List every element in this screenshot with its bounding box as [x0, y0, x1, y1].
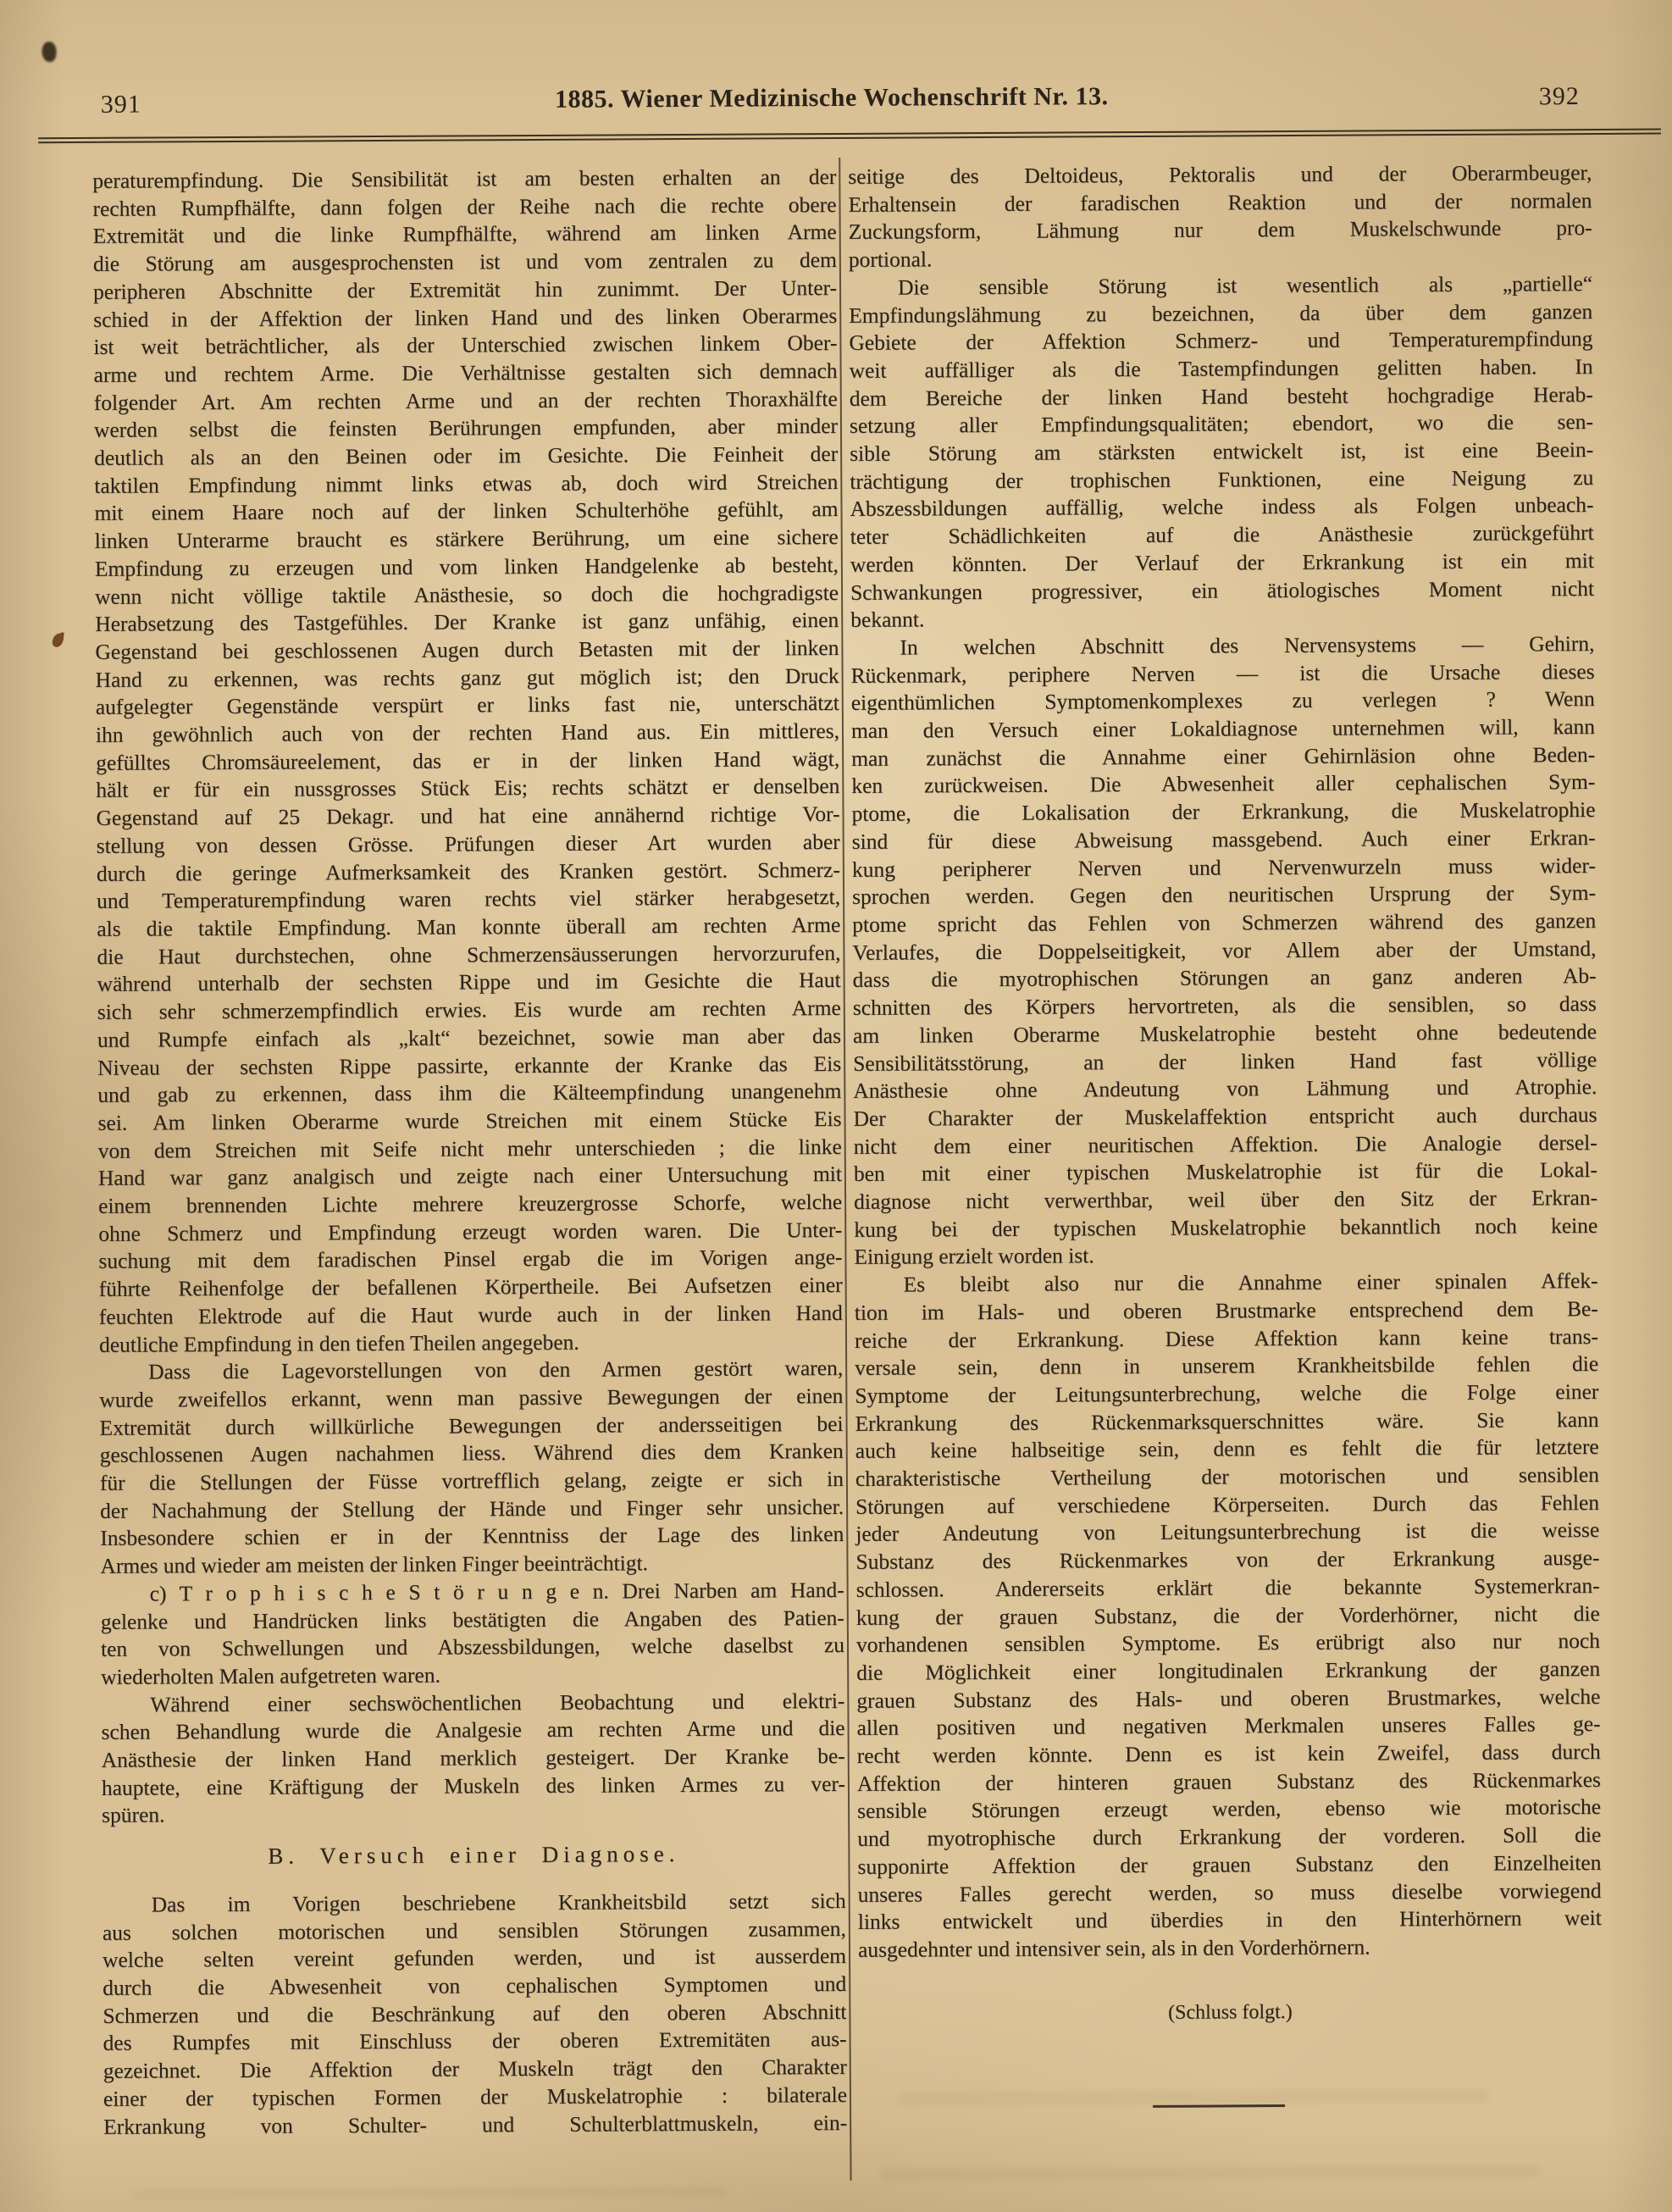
- text-line: für die Stellungen der Füsse vortrefflic…: [100, 1466, 844, 1498]
- text-line: aufgelegter Gegenstände verspürt er link…: [96, 690, 839, 722]
- text-line: schen Behandlung wurde die Analgesie am …: [101, 1715, 844, 1747]
- text-line: suchung mit dem faradischen Pinsel ergab…: [98, 1244, 842, 1276]
- text-line: und gab zu erkennen, dass ihm die Kältee…: [97, 1078, 841, 1110]
- text-line: grauen Substanz des Hals- und oberen Bru…: [856, 1683, 1600, 1716]
- text-line: aus solchen motorischen und sensiblen St…: [102, 1915, 846, 1948]
- right-text-column: seitige des Deltoideus, Pektoralis und d…: [848, 159, 1603, 2109]
- text-line: folgender Art. Am rechten Arme und an de…: [94, 385, 838, 418]
- text-line: Gegenstand auf 25 Dekagr. und hat eine a…: [96, 801, 839, 833]
- text-line: und Temperaturempfindung waren rechts vi…: [97, 884, 840, 916]
- text-line: Dass die Lagevorstellungen von den Armen…: [99, 1355, 843, 1387]
- text-line: Insbesondere schien er in der Kenntniss …: [100, 1521, 844, 1553]
- text-line: die Möglichkeit einer longitudinalen Erk…: [856, 1655, 1600, 1688]
- text-line: Affektion der hinteren grauen Substanz d…: [857, 1766, 1601, 1799]
- text-line: ohne Schmerz und Empfindung erzeugt word…: [98, 1217, 842, 1249]
- page-number-right: 392: [1539, 82, 1580, 111]
- text-line: stellung von dessen Grösse. Prüfungen di…: [97, 829, 840, 861]
- text-line: durch die Abwesenheit von cephalischen S…: [102, 1971, 846, 2003]
- text-line: trächtigung der trophischen Funktionen, …: [850, 464, 1593, 496]
- text-line: Verlaufes, die Doppelseitigkeit, vor All…: [852, 935, 1596, 967]
- paragraph: Die sensible Störung ist wesentlich als …: [849, 270, 1594, 635]
- text-line: tion im Hals- und oberen Brustmarke ents…: [855, 1295, 1598, 1328]
- text-line: weit auffälliger als die Tastempfindunge…: [850, 353, 1593, 385]
- text-line: ausgedehnter und intensiver sein, als in…: [858, 1932, 1602, 1965]
- text-line: dass die myotrophischen Störungen an gan…: [853, 962, 1597, 995]
- text-line: setzung aller Empfindungsqualitäten; ebe…: [850, 408, 1593, 441]
- text-line: mit einem Haare noch auf der linken Schu…: [94, 496, 838, 528]
- text-line: einem brennenden Lichte mehrere kreuzerg…: [98, 1189, 842, 1221]
- text-line: Schmerzen und die Beschränkung auf den o…: [102, 1999, 846, 2031]
- text-line: ben mit einer typischen Muskelatrophie i…: [854, 1156, 1597, 1189]
- text-line: Sensibilitätsstörung, an der linken Hand…: [853, 1045, 1597, 1078]
- paragraph: In welchen Abschnitt des Nervensystems —…: [850, 630, 1597, 1272]
- text-line: Rückenmark, periphere Nerven — ist die U…: [851, 658, 1595, 690]
- text-line: gezeichnet. Die Affektion der Muskeln tr…: [103, 2054, 847, 2086]
- text-line: linken Unterarme braucht es stärkere Ber…: [95, 524, 839, 556]
- text-line: Gegenstand bei geschlossenen Augen durch…: [95, 635, 839, 667]
- text-line: Das im Vorigen beschriebene Krankheitsbi…: [102, 1888, 846, 1920]
- text-line: deutlich als an den Beinen oder im Gesic…: [94, 441, 838, 473]
- text-line: Anästhesie der linken Hand merklich gest…: [102, 1743, 845, 1775]
- bleed-through-smudge: [135, 2187, 728, 2200]
- text-line: Erkrankung des Rückenmarksquerschnittes …: [855, 1406, 1598, 1439]
- text-line: feuchten Elektrode auf die Haut wurde au…: [99, 1300, 843, 1332]
- text-line: ptome, die Lokalisation der Erkrankung, …: [851, 796, 1595, 829]
- text-line: Zuckungsform, Lähmung nur dem Muskelschw…: [849, 214, 1592, 247]
- paragraph: Während einer sechswöchentlichen Beobach…: [101, 1688, 845, 1830]
- paragraph: c) T r o p h i s c h e S t ö r u n g e n…: [101, 1577, 845, 1692]
- text-line: c) T r o p h i s c h e S t ö r u n g e n…: [101, 1577, 844, 1609]
- text-line: der Nachahmung der Stellung der Hände un…: [100, 1494, 844, 1526]
- text-line: deutliche Empfindung in den tiefen Theil…: [99, 1327, 843, 1359]
- text-line: auch keine halbseitige sein, denn es feh…: [855, 1433, 1599, 1466]
- text-line: allen positiven und negativen Merkmalen …: [856, 1710, 1600, 1743]
- paragraph: Es bleibt also nur die Annahme einer spi…: [855, 1267, 1603, 1964]
- text-line: arme und rechtem Arme. Die Verhältnisse …: [94, 358, 838, 390]
- text-line: wurde zweifellos erkannt, wenn man passi…: [99, 1383, 843, 1415]
- article-end-rule: [1153, 2104, 1285, 2108]
- text-line: kung der grauen Substanz, die der Vorder…: [856, 1600, 1600, 1633]
- text-line: Hand zu erkennen, was rechts ganz gut mö…: [96, 662, 839, 695]
- text-line: kung bei der typischen Muskelatrophie be…: [854, 1212, 1597, 1245]
- text-line: Erkrankung von Schulter- und Schulterbla…: [103, 2109, 847, 2141]
- text-line: supponirte Affektion der grauen Substanz…: [857, 1849, 1601, 1882]
- text-line: teter Schädlichkeiten auf die Anästhesie…: [850, 519, 1594, 552]
- text-line: Einigung erzielt worden ist.: [854, 1239, 1597, 1272]
- text-line: In welchen Abschnitt des Nervensystems —…: [850, 630, 1594, 662]
- text-line: links entwickelt und überdies in den Hin…: [858, 1904, 1602, 1937]
- text-line: Abszessbildungen auffällig, welche indes…: [850, 491, 1593, 524]
- text-line: ten von Schwellungen und Abszessbildunge…: [101, 1632, 844, 1664]
- scan-rotation-wrapper: 391 1885. Wiener Medizinische Wochenschr…: [0, 0, 1672, 2212]
- text-line: die Störung am ausgesprochensten ist und…: [93, 247, 837, 279]
- text-line: schlossen. Andererseits erklärt die beka…: [856, 1572, 1600, 1605]
- text-line: Hand war ganz analgisch und zeigte nach …: [98, 1161, 842, 1193]
- text-line: ken zurückweisen. Die Abwesenheit aller …: [851, 768, 1595, 801]
- left-text-column: peraturempfindung. Die Sensibilität ist …: [92, 164, 847, 2141]
- text-line: hauptete, eine Kräftigung der Muskeln de…: [102, 1771, 845, 1803]
- text-line: während unterhalb der sechsten Rippe und…: [97, 967, 841, 999]
- text-line: portional.: [849, 242, 1592, 274]
- paragraph: Das im Vorigen beschriebene Krankheitsbi…: [102, 1888, 848, 2141]
- text-line: peraturempfindung. Die Sensibilität ist …: [92, 164, 836, 196]
- text-line: sind für diese Abweisung massgebend. Auc…: [852, 824, 1596, 857]
- text-line: Substanz des Rückenmarkes von der Erkran…: [855, 1544, 1599, 1577]
- text-line: und myotrophische durch Erkrankung der v…: [857, 1821, 1601, 1854]
- text-line: seitige des Deltoideus, Pektoralis und d…: [848, 159, 1592, 191]
- text-line: Erhaltensein der faradischen Reaktion un…: [848, 187, 1592, 219]
- text-line: des Rumpfes mit Einschluss der oberen Ex…: [103, 2026, 847, 2058]
- text-line: taktilen Empfindung nimmt links etwas ab…: [94, 468, 838, 501]
- text-line: schnitten des Körpers hervortreten, als …: [853, 990, 1597, 1023]
- text-line: sich sehr schmerzempfindlich erwies. Eis…: [97, 995, 841, 1027]
- text-line: ist weit beträchtlicher, als der Untersc…: [93, 330, 837, 362]
- text-line: spüren.: [102, 1798, 845, 1830]
- section-heading: B. Versuch einer Diagnose.: [102, 1839, 845, 1871]
- text-line: kung peripherer Nerven und Nervenwurzeln…: [852, 852, 1596, 884]
- text-line: Empfindung zu erzeugen und vom linken Ha…: [95, 552, 839, 584]
- text-line: Es bleibt also nur die Annahme einer spi…: [855, 1267, 1598, 1300]
- text-line: recht werden könnte. Denn es ist kein Zw…: [857, 1738, 1601, 1771]
- header-double-rule: [38, 129, 1661, 144]
- text-line: am linken Oberarme Muskelatrophie besteh…: [853, 1018, 1597, 1051]
- text-line: gefülltes Chromsäureelement, das er in d…: [96, 746, 839, 778]
- text-line: vorhandenen sensiblen Symptome. Es erübr…: [856, 1627, 1600, 1660]
- paragraph: Dass die Lagevorstellungen von den Armen…: [99, 1355, 844, 1581]
- text-line: nicht dem einer neuritischen Affektion. …: [854, 1129, 1597, 1161]
- text-line: Armes und wieder am meisten der linken F…: [100, 1549, 844, 1581]
- text-line: man den Versuch einer Lokaldiagnose unte…: [851, 713, 1595, 746]
- text-line: Gebiete der Affektion Schmerz- und Tempe…: [849, 325, 1592, 358]
- text-line: peripheren Abschnitte der Extremität hin…: [93, 274, 837, 307]
- text-line: Extremität und die linke Rumpfhälfte, wä…: [93, 219, 837, 251]
- text-line: charakteristische Vertheilung der motori…: [855, 1461, 1599, 1494]
- text-line: unseres Falles gerecht werden, so muss d…: [858, 1877, 1602, 1910]
- bleed-through-smudge: [879, 2165, 1540, 2180]
- text-line: reiche der Erkrankung. Diese Affektion k…: [855, 1323, 1598, 1355]
- text-line: Empfindungslähmung zu bezeichnen, da übe…: [849, 298, 1592, 330]
- text-line: Die sensible Störung ist wesentlich als …: [849, 270, 1592, 302]
- text-line: Extremität durch willkürliche Bewegungen…: [99, 1411, 843, 1443]
- text-line: werden könnten. Der Verlauf der Erkranku…: [850, 547, 1594, 579]
- paragraph: peraturempfindung. Die Sensibilität ist …: [92, 164, 843, 1359]
- text-line: die Haut durchstechen, ohne Schmerzensäu…: [97, 940, 840, 972]
- ink-blot-blemish: [51, 632, 65, 649]
- paragraph: seitige des Deltoideus, Pektoralis und d…: [848, 159, 1592, 274]
- text-line: Anästhesie ohne Andeutung von Lähmung un…: [853, 1073, 1597, 1106]
- text-line: ihn gewöhnlich auch von der rechten Hand…: [96, 718, 839, 750]
- continuation-note: (Schluss folgt.): [858, 1998, 1602, 2027]
- text-line: als die taktile Empfindung. Man konnte ü…: [97, 912, 840, 944]
- text-line: bekannt.: [850, 602, 1594, 635]
- text-line: sei. Am linken Oberarme wurde Streichen …: [97, 1106, 841, 1138]
- text-line: Störungen auf verschiedene Körperseiten.…: [855, 1489, 1599, 1522]
- text-line: Niveau der sechsten Rippe passirte, erka…: [97, 1050, 841, 1082]
- journal-page: 391 1885. Wiener Medizinische Wochenschr…: [0, 0, 1672, 2212]
- text-line: Schwankungen progressiver, ein ätiologis…: [850, 575, 1594, 607]
- text-line: rechten Rumpfhälfte, dann folgen der Rei…: [92, 191, 836, 224]
- text-line: eigenthümlichen Symptomenkomplexes zu ve…: [851, 685, 1595, 718]
- text-line: welche selten vereint gefunden werden, u…: [102, 1943, 846, 1975]
- text-line: geschlossenen Augen nachahmen liess. Wäh…: [100, 1438, 844, 1470]
- text-line: werden selbst die feinsten Berührungen e…: [94, 413, 838, 445]
- text-line: dem Bereiche der linken Hand besteht hoc…: [850, 381, 1593, 413]
- text-line: sprochen werden. Gegen den neuritischen …: [852, 879, 1596, 912]
- text-line: hält er für ein nussgrosses Stück Eis; r…: [96, 773, 839, 805]
- text-line: diagnose nicht verwerthbar, weil über de…: [854, 1184, 1597, 1217]
- text-line: Während einer sechswöchentlichen Beobach…: [101, 1688, 844, 1720]
- text-line: Symptome der Leitungsunterbrechung, welc…: [855, 1378, 1598, 1411]
- text-line: einer der typischen Formen der Muskelatr…: [103, 2082, 847, 2114]
- text-line: schied in der Affektion der linken Hand …: [93, 302, 837, 334]
- journal-header-title: 1885. Wiener Medizinische Wochenschrift …: [0, 80, 1668, 118]
- text-line: Der Charakter der Muskelaffektion entspr…: [853, 1101, 1597, 1134]
- text-line: wiederholten Malen aufgetreten waren.: [101, 1660, 844, 1692]
- text-line: wenn nicht völlige taktile Anästhesie, s…: [95, 579, 839, 612]
- text-line: man zunächst die Annahme einer Gehirnläs…: [851, 741, 1595, 773]
- text-line: von dem Streichen mit Seife nicht mehr u…: [98, 1134, 842, 1166]
- text-line: und Rumpfe einfach als „kalt“ bezeichnet…: [97, 1023, 841, 1055]
- text-line: sensible Störungen erzeugt werden, ebens…: [857, 1793, 1601, 1826]
- text-line: ptome spricht das Fehlen von Schmerzen w…: [852, 907, 1596, 940]
- text-line: Herabsetzung des Tastgefühles. Der Krank…: [95, 607, 839, 639]
- text-line: versale sein, denn in unserem Krankheits…: [855, 1350, 1598, 1383]
- text-line: jeder Andeutung von Leitungsunterbrechun…: [855, 1516, 1599, 1549]
- text-line: gelenke und Handrücken links bestätigten…: [101, 1605, 844, 1637]
- text-line: sible Störung am stärksten entwickelt is…: [850, 436, 1593, 468]
- corner-smudge-blemish: [42, 42, 56, 62]
- text-line: durch die geringe Aufmerksamkeit des Kra…: [97, 857, 840, 889]
- text-line: führte Reihenfolge der befallenen Körper…: [99, 1272, 843, 1304]
